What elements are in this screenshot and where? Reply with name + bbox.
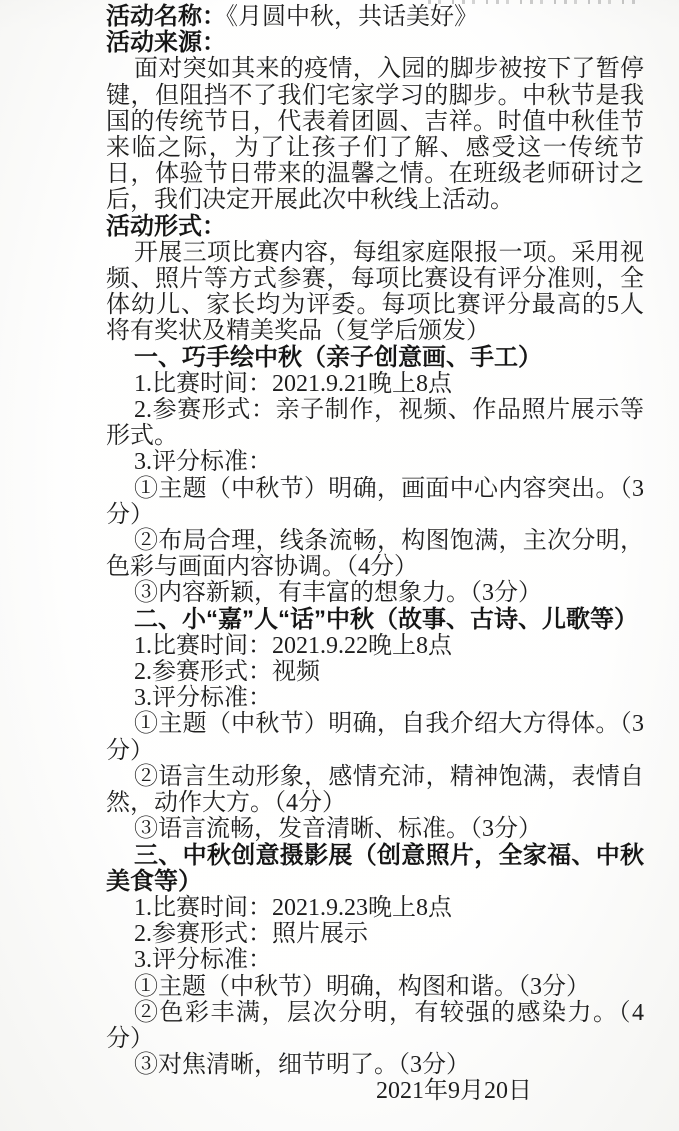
list-item: ②布局合理，线条流畅，构图饱满，主次分明，色彩与画面内容协调。（4分）: [106, 528, 644, 580]
list-item: 2.参赛形式：亲子制作，视频、作品照片展示等形式。: [106, 397, 644, 449]
section-label: 活动形式：: [106, 214, 644, 240]
paragraph: 面对突如其来的疫情，入园的脚步被按下了暂停键，但阻挡不了我们宅家学习的脚步。中秋…: [106, 56, 644, 213]
list-item: 1.比赛时间：2021.9.22晚上8点: [106, 633, 644, 659]
paragraph: 开展三项比赛内容，每组家庭限报一项。采用视频、照片等方式参赛，每项比赛设有评分准…: [106, 240, 644, 345]
document-body: 活动名称：《月圆中秋，共话美好》活动来源：面对突如其来的疫情，入园的脚步被按下了…: [106, 4, 644, 1105]
field-value: 《月圆中秋，共话美好》: [226, 4, 478, 30]
list-item: 2.参赛形式：视频: [106, 659, 644, 685]
list-item: ③对焦清晰，细节明了。（3分）: [106, 1052, 644, 1078]
section-label: 活动来源：: [106, 30, 644, 56]
activity-title-line: 活动名称：《月圆中秋，共话美好》: [106, 4, 644, 30]
contest-heading: 一、巧手绘中秋（亲子创意画、手工）: [106, 345, 644, 371]
list-item: 2.参赛形式：照片展示: [106, 921, 644, 947]
list-item: 1.比赛时间：2021.9.21晚上8点: [106, 371, 644, 397]
list-item: ①主题（中秋节）明确，构图和谐。（3分）: [106, 974, 644, 1000]
list-item: ③内容新颖，有丰富的想象力。（3分）: [106, 580, 644, 606]
list-item: ②语言生动形象，感情充沛，精神饱满，表情自然，动作大方。（4分）: [106, 764, 644, 816]
list-item: 3.评分标准：: [106, 947, 644, 973]
contest-heading: 二、小“嘉”人“话”中秋（故事、古诗、儿歌等）: [106, 607, 644, 633]
list-item: 1.比赛时间：2021.9.23晚上8点: [106, 895, 644, 921]
list-item: ②色彩丰满，层次分明，有较强的感染力。（4分）: [106, 1000, 644, 1052]
list-item: 3.评分标准：: [106, 685, 644, 711]
list-item: ①主题（中秋节）明确，画面中心内容突出。（3分）: [106, 476, 644, 528]
field-label: 活动名称：: [106, 3, 226, 30]
contest-heading: 三、中秋创意摄影展（创意照片，全家福、中秋美食等）: [106, 843, 644, 895]
list-item: 3.评分标准：: [106, 449, 644, 475]
date-line: 2021年9月20日: [106, 1078, 644, 1104]
document-page: 活动名称：《月圆中秋，共话美好》活动来源：面对突如其来的疫情，入园的脚步被按下了…: [0, 0, 679, 1131]
list-item: ③语言流畅，发音清晰、标准。（3分）: [106, 816, 644, 842]
list-item: ①主题（中秋节）明确，自我介绍大方得体。（3分）: [106, 711, 644, 763]
